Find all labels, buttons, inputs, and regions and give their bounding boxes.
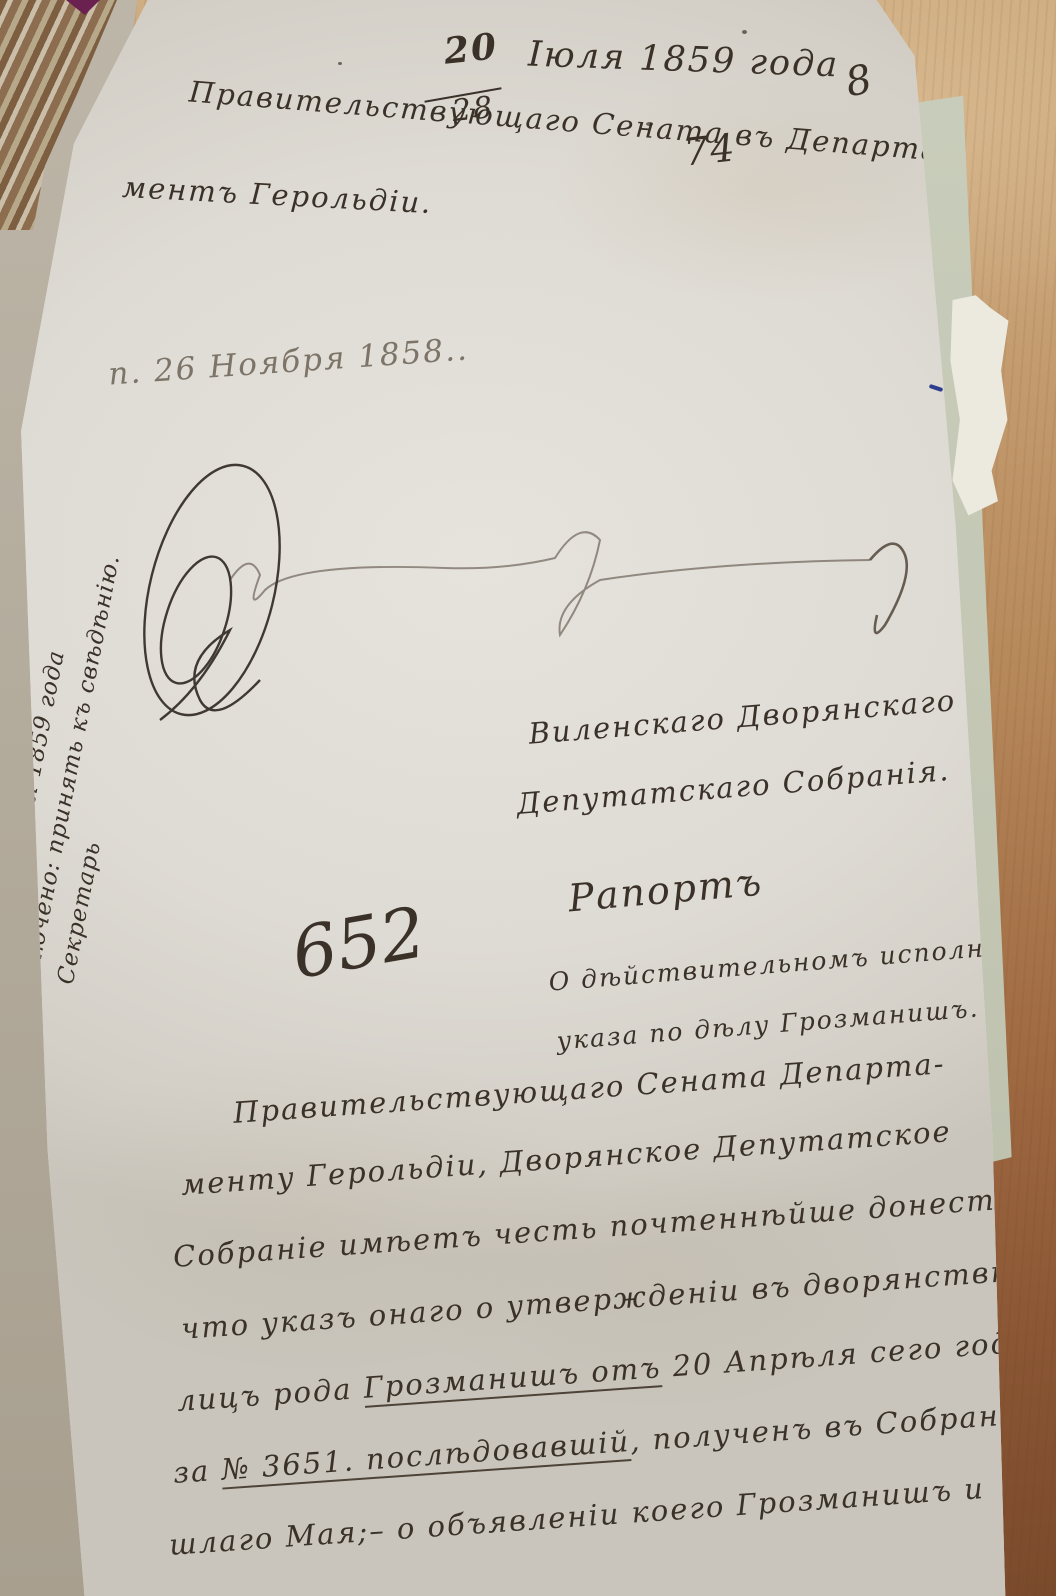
date-day-new-style: 20	[442, 25, 500, 72]
body-line-6-pre: за	[172, 1453, 223, 1490]
faint-signature-scrawl	[210, 500, 930, 640]
body-line-6-underlined: № 3651. послѣдовавшій	[220, 1424, 631, 1489]
body-line-5-underlined: Грозманишъ отъ	[362, 1350, 662, 1408]
ink-speck	[742, 30, 747, 34]
report-title: Рапортъ	[566, 860, 764, 921]
sender-line-2: Депутатскаго Собранія.	[515, 753, 951, 821]
page-number: 8	[842, 56, 878, 107]
report-subject-line-1: О дѣйствительномъ исполненіи	[548, 928, 1049, 996]
sender-line-1: Виленскаго Дворянскаго	[527, 683, 957, 751]
report-subject-line-2: указа по дѣлу Грозманишъ.	[556, 993, 981, 1055]
body-line-2: менту Герольдіи, Дворянское Депутатское	[180, 1114, 953, 1202]
ink-speck	[338, 62, 342, 65]
body-line-5-pre: лицъ рода	[176, 1371, 365, 1418]
document-page: 11147. 20 28 Іюля 1859 года 74 8 Правите…	[0, 0, 1056, 1596]
body-line-1: Правительствующаго Сената Департа-	[232, 1046, 946, 1130]
body-line-6-post: , полученъ въ Собраніи 7 про-	[629, 1388, 1056, 1458]
addressee-line-2: ментъ Герольдіи.	[121, 170, 433, 220]
addressee-line-1: Правительствующаго Сената въ Департа	[188, 74, 942, 167]
body-line-4: что указъ онаго о утвержденіи въ дворянс…	[180, 1253, 1019, 1345]
body-line-3: Собраніе имѣетъ честь почтеннѣйше донест…	[172, 1180, 1029, 1274]
date-month-year: Іюля 1859 года	[527, 35, 839, 86]
body-line-5-post: 20 Апрѣля сего года	[660, 1324, 1031, 1384]
photo-archival-document: 11147. 20 28 Іюля 1859 года 74 8 Правите…	[0, 0, 1056, 1596]
ink-speck	[646, 122, 653, 126]
outgoing-number: 652	[286, 891, 432, 995]
